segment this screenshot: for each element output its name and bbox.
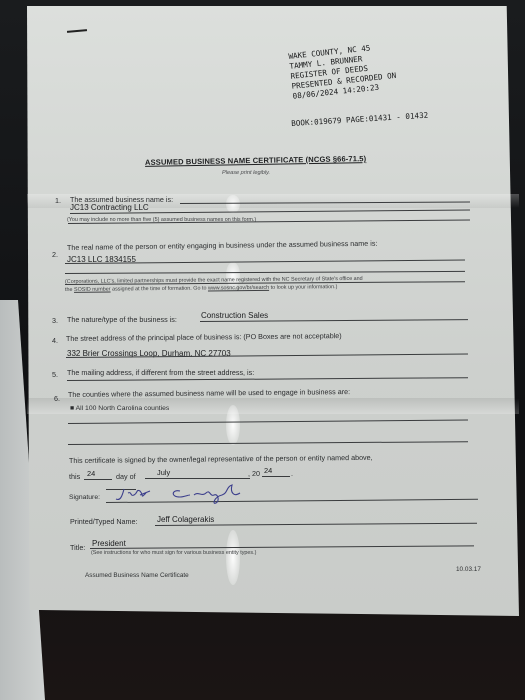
- year-prefix: , 20: [248, 469, 260, 478]
- title-value[interactable]: President: [92, 539, 126, 548]
- q5-number: 5.: [52, 370, 58, 379]
- q3-number: 3.: [52, 316, 58, 325]
- signature-label: Signature:: [69, 494, 100, 501]
- signature-scribble[interactable]: [110, 483, 280, 507]
- day-of-label: day of: [116, 472, 136, 481]
- q1-number: 1.: [55, 196, 61, 205]
- q3-label: The nature/type of the business is:: [67, 315, 177, 324]
- light-glare: [226, 262, 240, 288]
- signed-year[interactable]: 24: [264, 466, 272, 475]
- light-glare: [226, 405, 240, 445]
- q1-note: (You may include no more than five (5) a…: [67, 217, 256, 223]
- page-subtitle: Please print legibly.: [222, 170, 270, 176]
- sosid-term: SOSID number: [74, 287, 111, 293]
- q6-value[interactable]: ■ All 100 North Carolina counties: [70, 405, 169, 412]
- signed-month[interactable]: July: [157, 468, 170, 477]
- month-line: [145, 478, 250, 479]
- q1-value[interactable]: JC13 Contracting LLC: [70, 203, 149, 212]
- title-note: (See instructions for who must sign for …: [91, 550, 256, 556]
- day-line: [84, 479, 112, 480]
- sosnc-link[interactable]: www.sosnc.gov/br/search: [208, 285, 269, 292]
- footer-form-name: Assumed Business Name Certificate: [85, 572, 189, 579]
- q4-number: 4.: [52, 336, 58, 345]
- period: .: [291, 469, 293, 478]
- q3-value[interactable]: Construction Sales: [201, 311, 268, 320]
- printed-name-label: Printed/Typed Name:: [70, 517, 138, 526]
- light-glare: [226, 530, 240, 585]
- year-line: [262, 476, 290, 477]
- footer-version: 10.03.17: [456, 566, 481, 573]
- this-label: this: [69, 472, 80, 481]
- q6-number: 6.: [54, 394, 60, 403]
- signed-day[interactable]: 24: [87, 469, 95, 478]
- q2-number: 2.: [52, 250, 58, 259]
- title-label: Title:: [70, 543, 85, 552]
- q5-label: The mailing address, if different from t…: [67, 368, 254, 377]
- light-glare: [226, 195, 240, 213]
- printed-name-value[interactable]: Jeff Colagerakis: [157, 515, 214, 524]
